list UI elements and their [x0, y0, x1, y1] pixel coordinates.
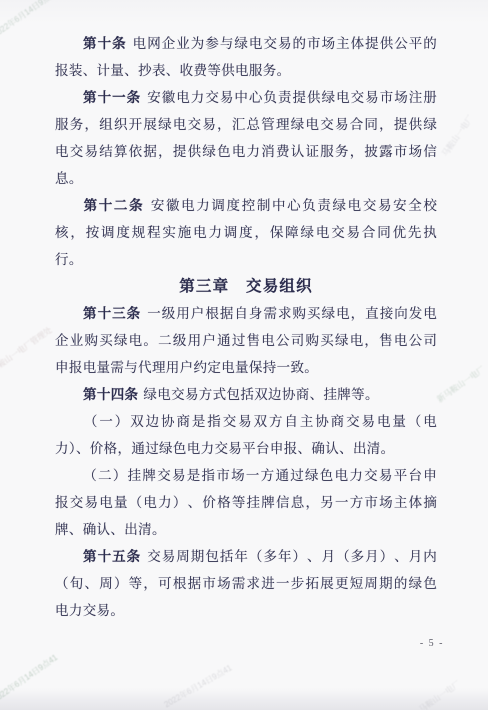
watermark-text: 新马鞍山一电厂 — [435, 364, 487, 405]
watermark-text: 2022年6月14日9点41 — [0, 652, 60, 705]
chapter-heading: 第三章 交易组织 — [55, 273, 437, 300]
watermark-text: 2022年6月14日9点41 — [0, 0, 60, 40]
text-line: 核，按调度规程实施电力调度，保障绿电交易合同优先执 — [55, 219, 437, 246]
text-line: 第十一条安徽电力交易中心负责提供绿电交易市场注册 — [55, 84, 437, 111]
text-line: 行。 — [55, 246, 437, 273]
text-line: 第十四条绿电交易方式包括双边协商、挂牌等。 — [55, 381, 437, 408]
text-line: 报交易电量（电力）、价格等挂牌信息，另一方市场主体摘 — [55, 489, 437, 516]
text-line: （二）挂牌交易是指市场一方通过绿色电力交易平台申 — [55, 462, 437, 489]
text-line: 息。 — [55, 165, 437, 192]
text-line: （一）双边协商是指交易双方自主协商交易电量（电 — [55, 408, 437, 435]
text-line: 第十条电网企业为参与绿电交易的市场主体提供公平的 — [55, 30, 437, 57]
page-number: - 5 - — [420, 638, 444, 649]
text-line: 力）、价格，通过绿色电力交易平台申报、确认、出清。 — [55, 435, 437, 462]
text-line: 企业购买绿电。二级用户通过售电公司购买绿电，售电公司 — [55, 327, 437, 354]
document-body: 第十条电网企业为参与绿电交易的市场主体提供公平的报装、计量、抄表、收费等供电服务… — [55, 30, 437, 624]
text-line: 电交易结算依据，提供绿色电力消费认证服务，披露市场信 — [55, 138, 437, 165]
watermark-text: 马鞍山一电厂 — [417, 678, 463, 710]
watermark-text: 马鞍山一电厂管理处 — [0, 325, 54, 375]
text-line: 牌、确认、出清。 — [55, 516, 437, 543]
text-line: 申报电量需与代理用户约定电量保持一致。 — [55, 354, 437, 381]
watermark-text: 2022年6月14日9点41 — [162, 662, 234, 710]
text-line: （旬、周）等，可根据市场需求进一步拓展更短周期的绿色 — [55, 570, 437, 597]
text-line: 第十五条交易周期包括年（多年）、月（多月）、月内 — [55, 543, 437, 570]
scanned-document-page: 2022年6月14日9点41马鞍山一电厂马鞍山一电厂管理处新马鞍山一电厂2022… — [0, 0, 488, 710]
text-line: 第十二条安徽电力调度控制中心负责绿电交易安全校 — [55, 192, 437, 219]
text-line: 电力交易。 — [55, 597, 437, 624]
watermark-text: 马鞍山一电厂 — [439, 113, 476, 159]
text-line: 报装、计量、抄表、收费等供电服务。 — [55, 57, 437, 84]
text-line: 服务，组织开展绿电交易，汇总管理绿电交易合同，提供绿 — [55, 111, 437, 138]
text-line: 第十三条一级用户根据自身需求购买绿电，直接向发电 — [55, 300, 437, 327]
